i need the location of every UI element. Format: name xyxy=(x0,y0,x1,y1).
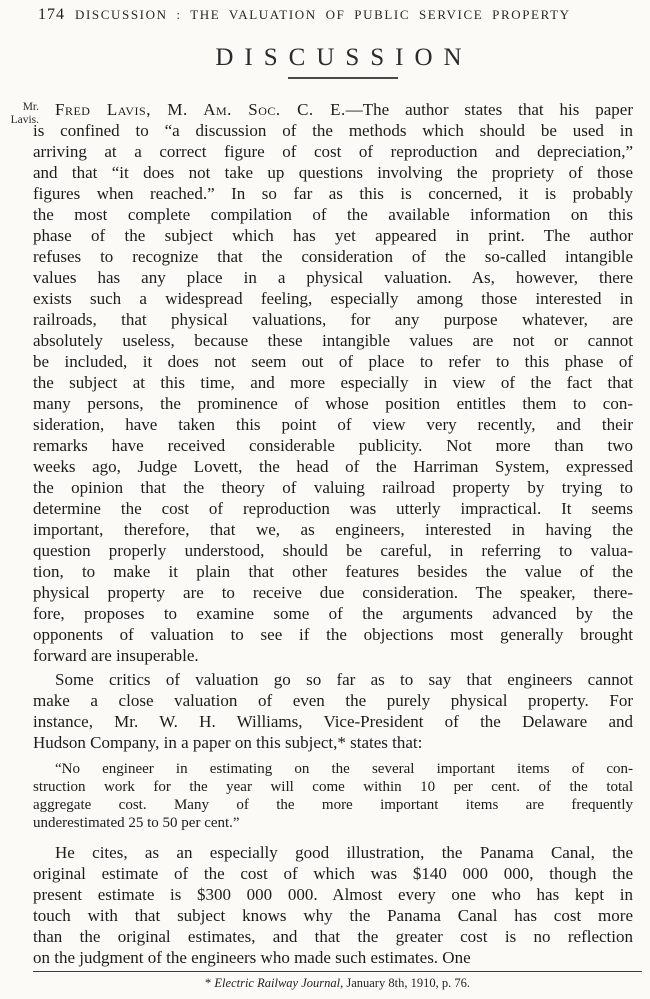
text-line: arriving at a correct figure of cost of … xyxy=(33,141,633,162)
text-line: aggregate cost. Many of the more importa… xyxy=(33,796,633,814)
title-rule xyxy=(288,77,398,79)
text-line: opponents of valuation to see if the obj… xyxy=(33,624,633,645)
paragraph-critics: Some critics of valuation go so far as t… xyxy=(33,669,633,753)
text-line: tion, to make it plain that other featur… xyxy=(33,561,633,582)
text-span: Electric Railway Journal xyxy=(214,976,340,990)
text-line: determine the cost of reproduction was u… xyxy=(33,498,633,519)
text-line: the most complete compilation of the ava… xyxy=(33,204,633,225)
text-line: sideration, have taken this point of vie… xyxy=(33,414,633,435)
paragraph-panama-canal: He cites, as an especially good illustra… xyxy=(33,842,633,968)
text-line: make a close valuation of even the purel… xyxy=(33,690,633,711)
text-line: figures when reached.” In so far as this… xyxy=(33,183,633,204)
text-line: than the original estimates, and that th… xyxy=(33,926,633,947)
text-line: the subject at this time, and more espec… xyxy=(33,372,633,393)
text-line: struction work for the year will come wi… xyxy=(33,778,633,796)
running-title: DISCUSSION : THE VALUATION OF PUBLIC SER… xyxy=(75,7,571,23)
running-head: 174 DISCUSSION : THE VALUATION OF PUBLIC… xyxy=(38,6,571,24)
text-span: —The author states that his paper xyxy=(346,100,633,119)
text-line: and that “it does not take up questions … xyxy=(33,162,633,183)
text-line: on the judgment of the engineers who mad… xyxy=(33,947,633,968)
text-line: Hudson Company, in a paper on this subje… xyxy=(33,732,633,753)
text-line: the opinion that the theory of valuing r… xyxy=(33,477,633,498)
page-number: 174 xyxy=(38,6,65,24)
text-line: weeks ago, Judge Lovett, the head of the… xyxy=(33,456,633,477)
footnote-text: * Electric Railway Journal, January 8th,… xyxy=(205,976,470,990)
text-line: physical property are to receive due con… xyxy=(33,582,633,603)
text-line: instance, Mr. W. H. Williams, Vice-Presi… xyxy=(33,711,633,732)
text-line: original estimate of the cost of which w… xyxy=(33,863,633,884)
text-line: fore, proposes to examine some of the ar… xyxy=(33,603,633,624)
text-line: refuses to recognize that the considerat… xyxy=(33,246,633,267)
text-line: Some critics of valuation go so far as t… xyxy=(33,669,633,690)
text-line: question properly understood, should be … xyxy=(33,540,633,561)
text-line: touch with that subject knows why the Pa… xyxy=(33,905,633,926)
text-line: important, therefore, that we, as engine… xyxy=(33,519,633,540)
text-line: “No engineer in estimating on the severa… xyxy=(33,760,633,778)
text-span: Fred Lavis, M. Am. Soc. C. E. xyxy=(55,100,346,119)
text-line: forward are insuperable. xyxy=(33,645,633,666)
text-line: Fred Lavis, M. Am. Soc. C. E.—The author… xyxy=(33,99,633,120)
text-line: present estimate is $300 000 000. Almost… xyxy=(33,884,633,905)
paragraph-lavis-opening: Fred Lavis, M. Am. Soc. C. E.—The author… xyxy=(33,99,633,666)
text-line: exists such a widespread feeling, especi… xyxy=(33,288,633,309)
text-line: railroads, that physical valuations, for… xyxy=(33,309,633,330)
section-title: DISCUSSION xyxy=(33,44,644,72)
text-line: is confined to “a discussion of the meth… xyxy=(33,120,633,141)
text-line: values has any place in a physical valua… xyxy=(33,267,633,288)
footnote: * Electric Railway Journal, January 8th,… xyxy=(33,971,642,991)
text-span: , January 8th, 1910, p. 76. xyxy=(340,976,470,990)
text-body: Fred Lavis, M. Am. Soc. C. E.—The author… xyxy=(33,99,633,968)
text-line: many persons, the prominence of whose po… xyxy=(33,393,633,414)
text-line: phase of the subject which has yet appea… xyxy=(33,225,633,246)
text-line: be included, it does not seem out of pla… xyxy=(33,351,633,372)
paragraph-williams-quote: “No engineer in estimating on the severa… xyxy=(33,760,633,832)
text-line: He cites, as an especially good illustra… xyxy=(33,842,633,863)
text-line: underestimated 25 to 50 per cent.” xyxy=(33,814,633,832)
text-line: absolutely useless, because these intang… xyxy=(33,330,633,351)
text-line: remarks have received considerable publi… xyxy=(33,435,633,456)
